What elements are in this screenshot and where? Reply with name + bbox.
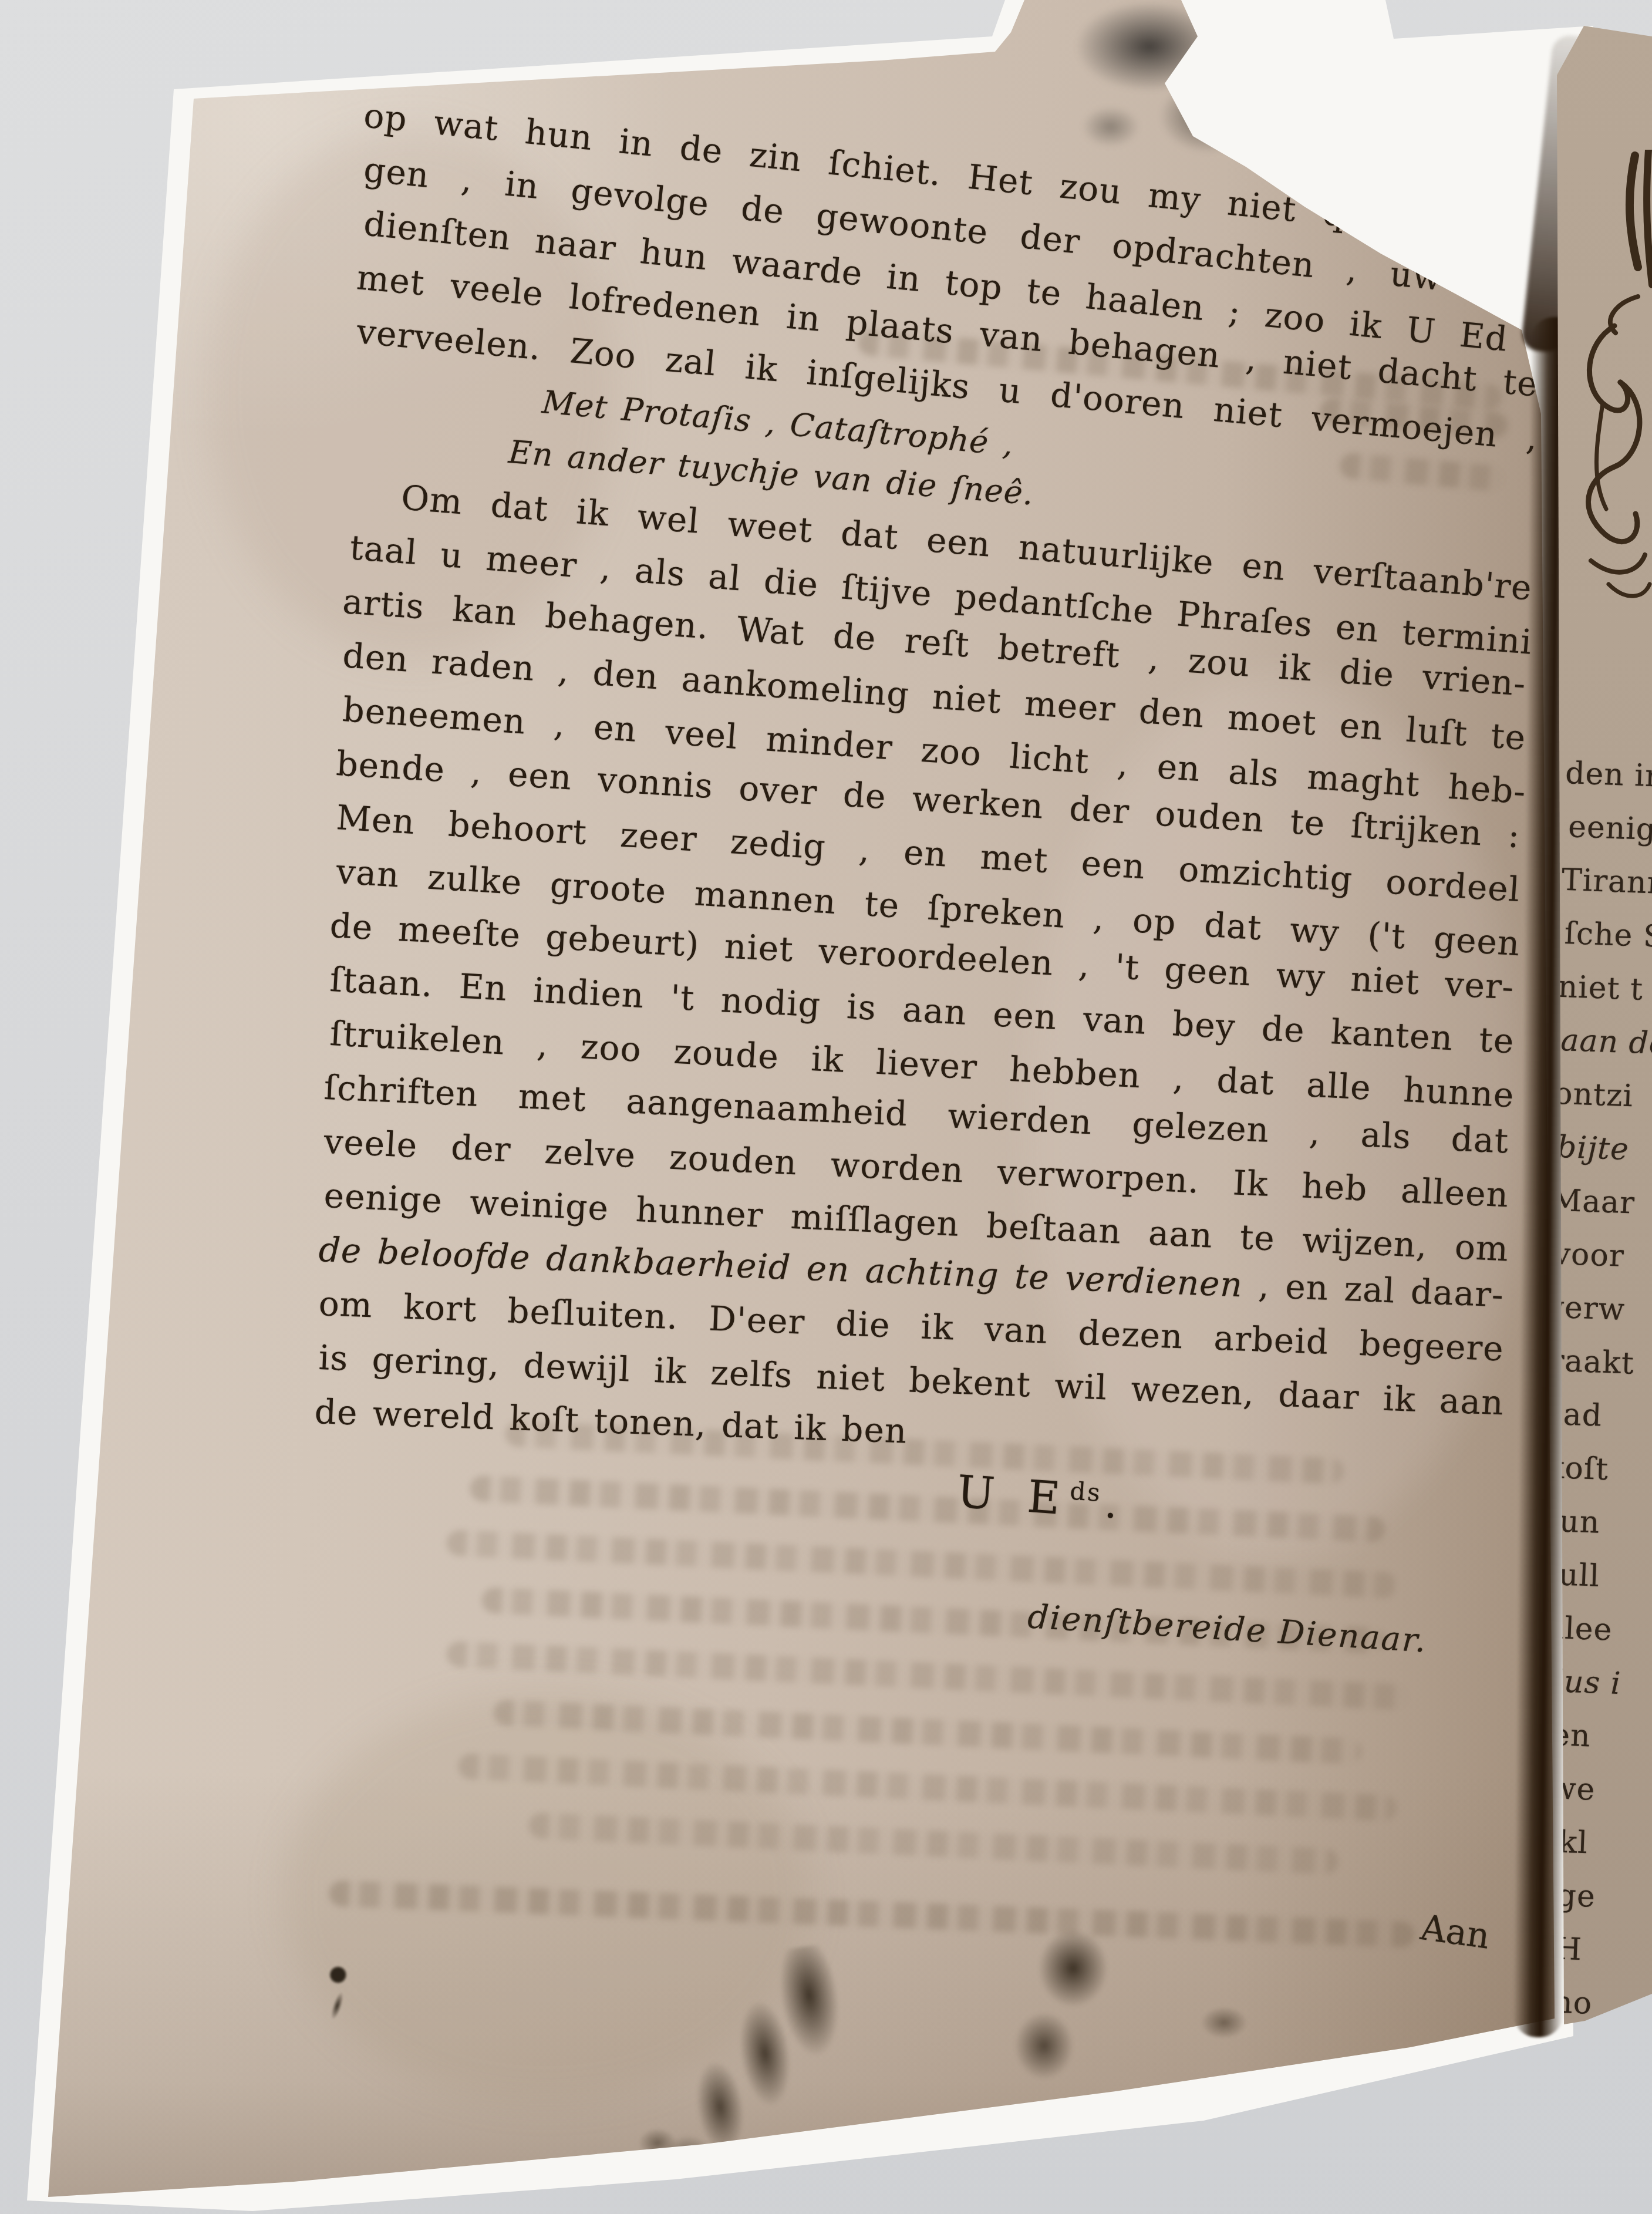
ink-smudge [957, 1920, 1151, 2114]
bleedthrough-ghost-line [458, 1753, 1397, 1822]
roman-phrase: , en zal daar- [1242, 1265, 1505, 1315]
text-fragment: voor [1552, 1228, 1635, 1284]
text-fragment: niet t [1557, 961, 1644, 1017]
text-fragment: lus i [1553, 1655, 1620, 1711]
bleedthrough-ghost-line [493, 1699, 1362, 1764]
valediction-text: U E [955, 1465, 1071, 1525]
book-photo: op wat hun in de zin ſchiet. Het zou my … [0, 0, 1652, 2214]
valediction-period: . [1103, 1479, 1120, 1528]
bleedthrough-ghost-line [446, 1641, 1409, 1710]
bleedthrough-ghost-line [470, 1475, 1385, 1543]
text-fragment: aan de [1560, 1014, 1643, 1070]
text-fragment: eenigzi [1567, 800, 1650, 857]
text-fragment: Tirann [1560, 854, 1648, 910]
bleedthrough-ghost-line [528, 1812, 1339, 1875]
bleedthrough-ghost-line [446, 1529, 1397, 1598]
text-fragment: kl [1557, 1816, 1614, 1871]
signature-line: dienſtbereide Dienaar. [1027, 1598, 1428, 1660]
woodcut-initial [1579, 150, 1652, 625]
text-column: op wat hun in de zin ſchiet. Het zou my … [311, 88, 1497, 1438]
text-fragment: bijte [1556, 1121, 1639, 1177]
text-fragment: ſche S [1563, 907, 1646, 963]
text-fragment: ge [1556, 1869, 1613, 1925]
text-fragment: Maar [1549, 1174, 1637, 1231]
valediction-ue: U Eds. [955, 1465, 1120, 1529]
ink-smudge [1180, 1990, 1268, 2055]
text-fragment: ontzi [1553, 1067, 1641, 1124]
left-page: op wat hun in de zin ſchiet. Het zou my … [0, 0, 1652, 2214]
bleedthrough-ghost-line [329, 1881, 1415, 1948]
valediction-superscript: ds [1069, 1477, 1103, 1508]
text-fragment: den in [1565, 747, 1652, 803]
catchword: Aan [1418, 1907, 1492, 1957]
ink-smudge [311, 1963, 364, 2035]
paper-stain [282, 1691, 810, 2102]
